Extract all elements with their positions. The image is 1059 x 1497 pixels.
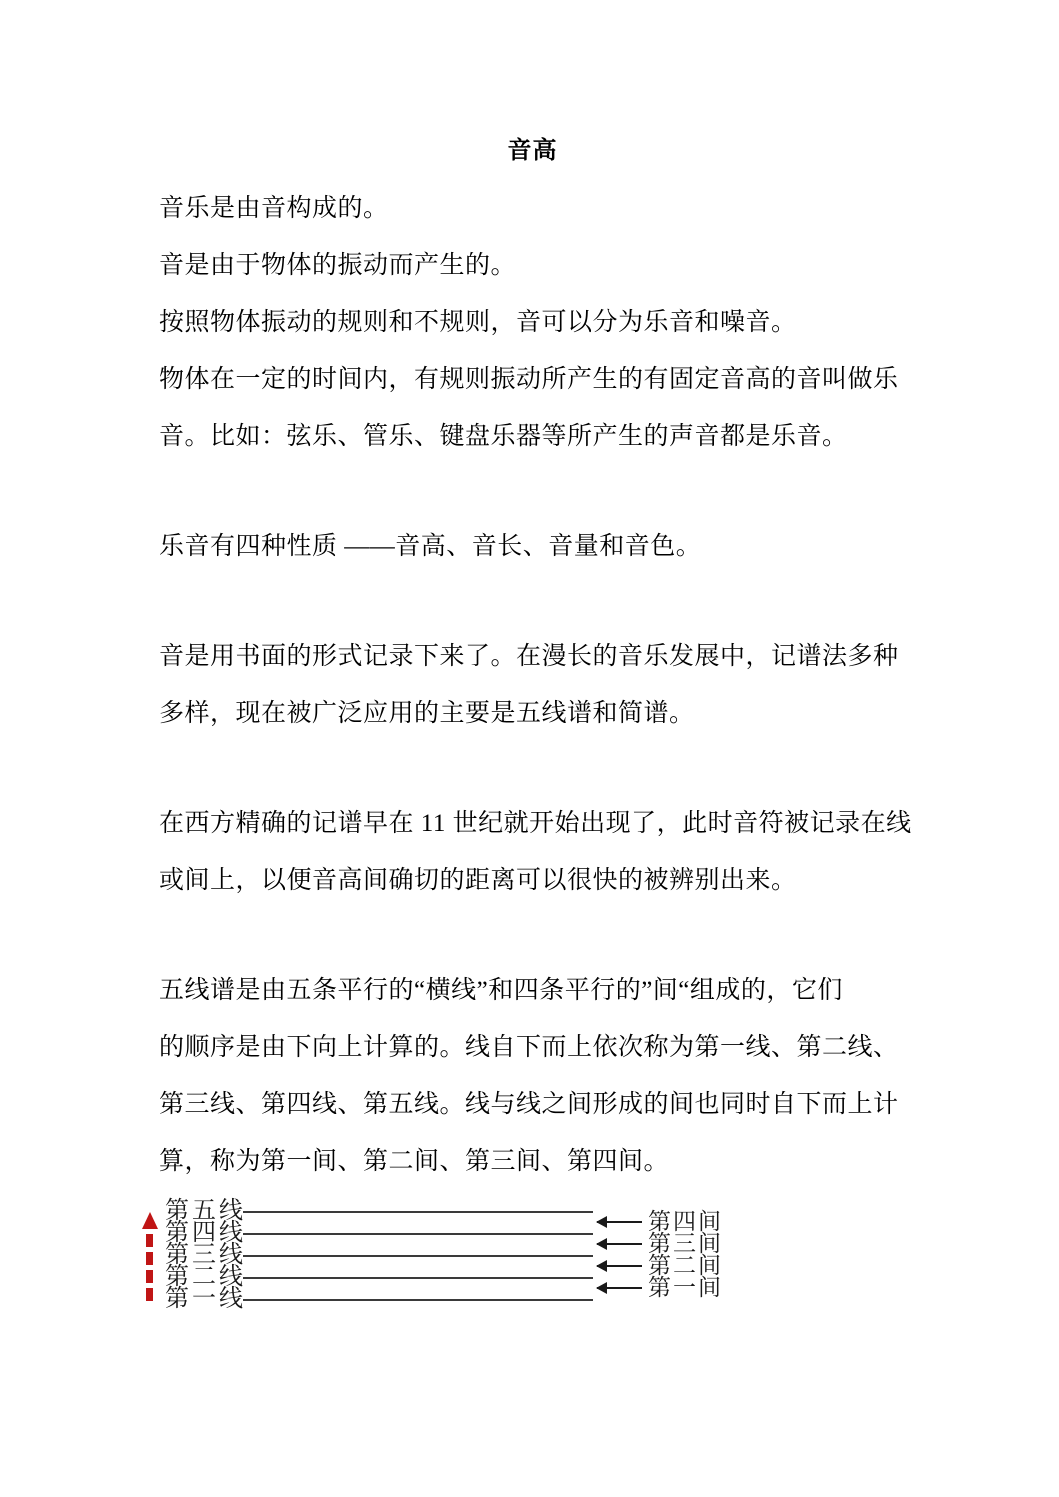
paragraph: 音是由于物体的振动而产生的。	[159, 237, 906, 294]
up-arrow-dash	[146, 1252, 153, 1265]
document-body: 音高 音乐是由音构成的。 音是由于物体的振动而产生的。 按照物体振动的规则和不规…	[159, 123, 906, 1340]
document-page: 音高 音乐是由音构成的。 音是由于物体的振动而产生的。 按照物体振动的规则和不规…	[0, 0, 1059, 1497]
paragraph: 按照物体振动的规则和不规则，音可以分为乐音和噪音。	[159, 294, 906, 351]
space-label-1: 第一间	[648, 1274, 723, 1302]
paragraph: 在西方精确的记谱早在 11 世纪就开始出现了，此时音符被记录在线 或间上，以便音…	[159, 795, 906, 909]
left-arrow-icon	[597, 1243, 642, 1245]
line-label-1: 第一线	[165, 1285, 246, 1313]
paragraph: 物体在一定的时间内，有规则振动所产生的有固定音高的音叫做乐 音。比如：弦乐、管乐…	[159, 351, 906, 465]
up-arrow-head	[142, 1212, 158, 1229]
staff-line-3	[243, 1255, 593, 1257]
staff-line-1	[243, 1299, 593, 1301]
up-arrow-dash	[146, 1288, 153, 1301]
up-direction-arrow-icon	[141, 1212, 158, 1312]
up-arrow-dash	[146, 1234, 153, 1247]
staff-line-4	[243, 1233, 593, 1235]
paragraph: 乐音有四种性质 ——音高、音长、音量和音色。	[159, 518, 906, 575]
staff-diagram: 第五线 第四线 第三线 第二线 第一线 第四间 第三间 第二间 第一间	[159, 1202, 906, 1340]
paragraph: 五线谱是由五条平行的“横线”和四条平行的”间“组成的，它们 的顺序是由下向上计算…	[159, 962, 906, 1190]
left-arrow-icon	[597, 1221, 642, 1223]
staff-line-5	[243, 1211, 593, 1213]
paragraph: 音乐是由音构成的。	[159, 180, 906, 237]
staff-line-2	[243, 1277, 593, 1279]
paragraph: 音是用书面的形式记录下来了。在漫长的音乐发展中，记谱法多种 多样，现在被广泛应用…	[159, 628, 906, 742]
up-arrow-dash	[146, 1270, 153, 1283]
left-arrow-icon	[597, 1287, 642, 1289]
page-title: 音高	[159, 123, 906, 180]
left-arrow-icon	[597, 1265, 642, 1267]
